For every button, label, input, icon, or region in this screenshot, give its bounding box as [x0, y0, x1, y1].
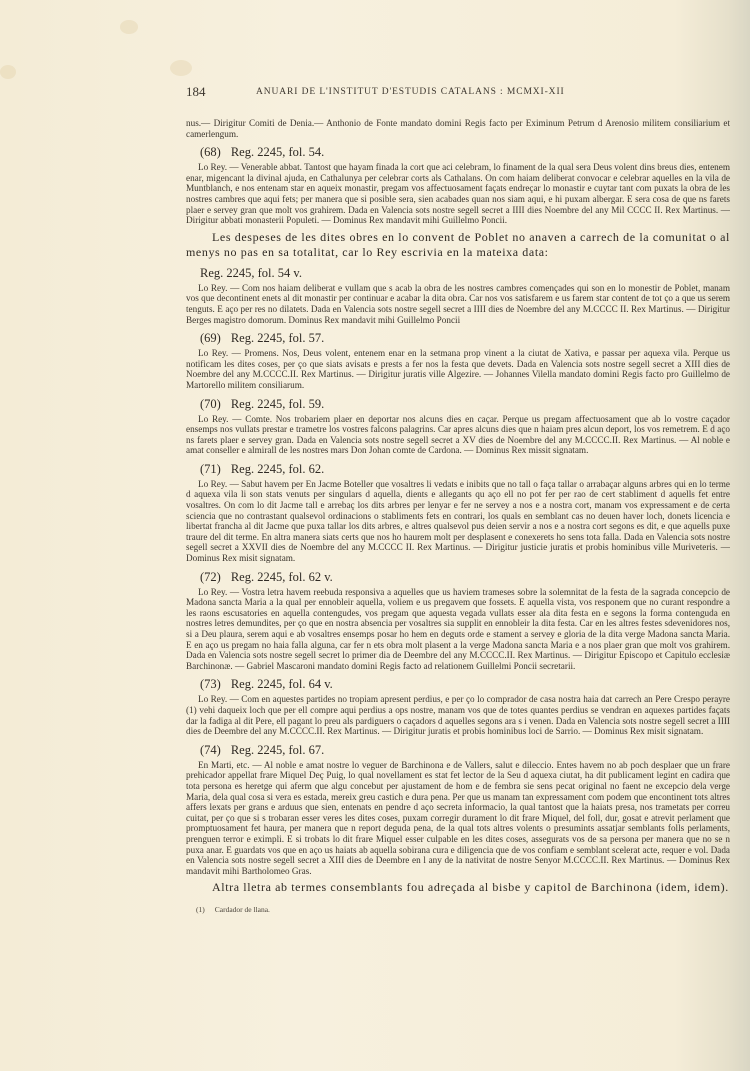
entry-number: (71) — [200, 462, 221, 476]
entry-text: Lo Rey. — Promens. Nos, Deus volent, ent… — [186, 348, 730, 390]
entries-list: Reg. 2245, fol. 54 v.Lo Rey. — Com nos h… — [186, 265, 730, 877]
running-head: 184 ANUARI DE L'INSTITUT D'ESTUDIS CATAL… — [186, 84, 730, 106]
entry-heading: (73)Reg. 2245, fol. 64 v. — [200, 676, 730, 692]
entry: (70)Reg. 2245, fol. 59.Lo Rey. — Comte. … — [186, 396, 730, 456]
entry: (74)Reg. 2245, fol. 67.En Marti, etc. — … — [186, 742, 730, 877]
footnote-mark: (1) — [196, 905, 205, 914]
document-page: 184 ANUARI DE L'INSTITUT D'ESTUDIS CATAL… — [186, 84, 730, 914]
entry-number: (70) — [200, 397, 221, 411]
entry-number: (74) — [200, 743, 221, 757]
entry-heading: Reg. 2245, fol. 54 v. — [200, 265, 730, 281]
entry-text: Lo Rey. — Vostra letra havem reebuda res… — [186, 587, 730, 672]
entry-reference: Reg. 2245, fol. 54 v. — [200, 266, 302, 280]
entry-reference: Reg. 2245, fol. 67. — [231, 743, 324, 757]
entry-text: En Marti, etc. — Al noble e amat nostre … — [186, 760, 730, 877]
journal-title: ANUARI DE L'INSTITUT D'ESTUDIS CATALANS … — [256, 87, 565, 97]
entry: (69)Reg. 2245, fol. 57.Lo Rey. — Promens… — [186, 330, 730, 390]
entry-number: (69) — [200, 331, 221, 345]
entry-text: Lo Rey. — Com en aquestes partides no tr… — [186, 694, 730, 736]
entry: Reg. 2245, fol. 54 v.Lo Rey. — Com nos h… — [186, 265, 730, 325]
entry-reference: Reg. 2245, fol. 64 v. — [231, 677, 333, 691]
entry-reference: Reg. 2245, fol. 62. — [231, 462, 324, 476]
entry-text: Lo Rey. — Com nos haiam deliberat e vull… — [186, 283, 730, 325]
footnote-text: Cardador de llana. — [215, 905, 270, 914]
footnote: (1)Cardador de llana. — [196, 905, 730, 914]
page-number: 184 — [186, 84, 246, 100]
entry-reference: Reg. 2245, fol. 54. — [231, 145, 324, 159]
commentary-paragraph: Les despeses de les dites obres en lo co… — [186, 230, 730, 260]
commentary-paragraph: Altra lletra ab termes consemblants fou … — [186, 880, 730, 895]
paper-stain — [0, 65, 16, 79]
entry: (72)Reg. 2245, fol. 62 v.Lo Rey. — Vostr… — [186, 569, 730, 672]
entry: (71)Reg. 2245, fol. 62.Lo Rey. — Sabut h… — [186, 461, 730, 564]
entry-reference: Reg. 2245, fol. 59. — [231, 397, 324, 411]
entry-number: (68) — [200, 145, 221, 159]
entry-heading: (69)Reg. 2245, fol. 57. — [200, 330, 730, 346]
entry-reference: Reg. 2245, fol. 57. — [231, 331, 324, 345]
entry-68: (68)Reg. 2245, fol. 54. Lo Rey. — Venera… — [186, 144, 730, 226]
entry-text: Lo Rey. — Comte. Nos trobariem plaer en … — [186, 414, 730, 456]
entry-text: Lo Rey. — Venerable abbat. Tantost que h… — [186, 162, 730, 226]
opening-paragraph: nus.— Dirigitur Comiti de Denia.— Anthon… — [186, 118, 730, 139]
entry-number: (72) — [200, 570, 221, 584]
entry-heading: (70)Reg. 2245, fol. 59. — [200, 396, 730, 412]
paper-stain — [120, 20, 138, 34]
entry: (73)Reg. 2245, fol. 64 v.Lo Rey. — Com e… — [186, 676, 730, 736]
entry-reference: Reg. 2245, fol. 62 v. — [231, 570, 333, 584]
entry-text: Lo Rey. — Sabut havem per En Jacme Botel… — [186, 479, 730, 564]
entry-heading: (72)Reg. 2245, fol. 62 v. — [200, 569, 730, 585]
entry-number: (73) — [200, 677, 221, 691]
entry-heading: (74)Reg. 2245, fol. 67. — [200, 742, 730, 758]
entry-heading: (71)Reg. 2245, fol. 62. — [200, 461, 730, 477]
entry-heading: (68)Reg. 2245, fol. 54. — [200, 144, 730, 160]
paper-stain — [170, 60, 192, 76]
